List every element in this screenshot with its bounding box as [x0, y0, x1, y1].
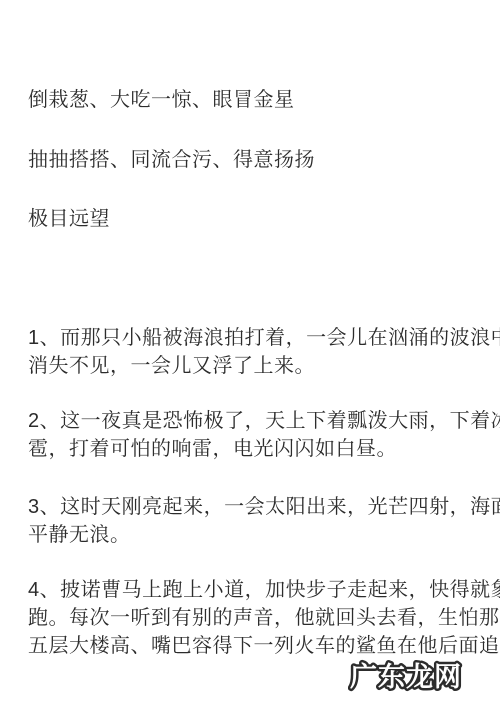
paragraph-4-line-2: 跑。每次一听到有别的声音，他就回头去看，生怕那条 — [28, 604, 500, 632]
paragraph-3-line-2: 平静无浪。 — [28, 521, 500, 549]
idiom-line-3: 极目远望 — [28, 208, 110, 230]
paragraph-3-line-1: 3、这时天刚亮起来，一会太阳出来，光芒四射，海面 — [28, 493, 500, 521]
paragraph-4: 4、披诺曹马上跑上小道，加快步子走起来，快得就象 跑。每次一听到有别的声音，他就… — [28, 576, 500, 660]
paragraph-3: 3、这时天刚亮起来，一会太阳出来，光芒四射，海面 平静无浪。 — [28, 493, 500, 549]
paragraph-4-line-1: 4、披诺曹马上跑上小道，加快步子走起来，快得就象 — [28, 576, 500, 604]
site-watermark: 广东龙网 — [348, 654, 474, 698]
paragraph-2-line-1: 2、这一夜真是恐怖极了，天上下着瓢泼大雨，下着冰 — [28, 407, 500, 435]
paragraph-1-line-2: 消失不见，一会儿又浮了上来。 — [28, 352, 500, 380]
paragraph-1-line-1: 1、而那只小船被海浪拍打着，一会儿在汹涌的波浪中 — [28, 324, 500, 352]
site-watermark-text: 广东龙网 — [350, 662, 462, 692]
worksheet-page: 倒栽葱、大吃一惊、眼冒金星 抽抽搭搭、同流合污、得意扬扬 极目远望 1、而那只小… — [0, 0, 500, 706]
idiom-line-1: 倒栽葱、大吃一惊、眼冒金星 — [28, 89, 295, 111]
idiom-line-2: 抽抽搭搭、同流合污、得意扬扬 — [28, 149, 315, 171]
paragraph-2: 2、这一夜真是恐怖极了，天上下着瓢泼大雨，下着冰 雹，打着可怕的响雷，电光闪闪如… — [28, 407, 500, 463]
paragraph-1: 1、而那只小船被海浪拍打着，一会儿在汹涌的波浪中 消失不见，一会儿又浮了上来。 — [28, 324, 500, 380]
paragraph-2-line-2: 雹，打着可怕的响雷，电光闪闪如白昼。 — [28, 435, 500, 463]
